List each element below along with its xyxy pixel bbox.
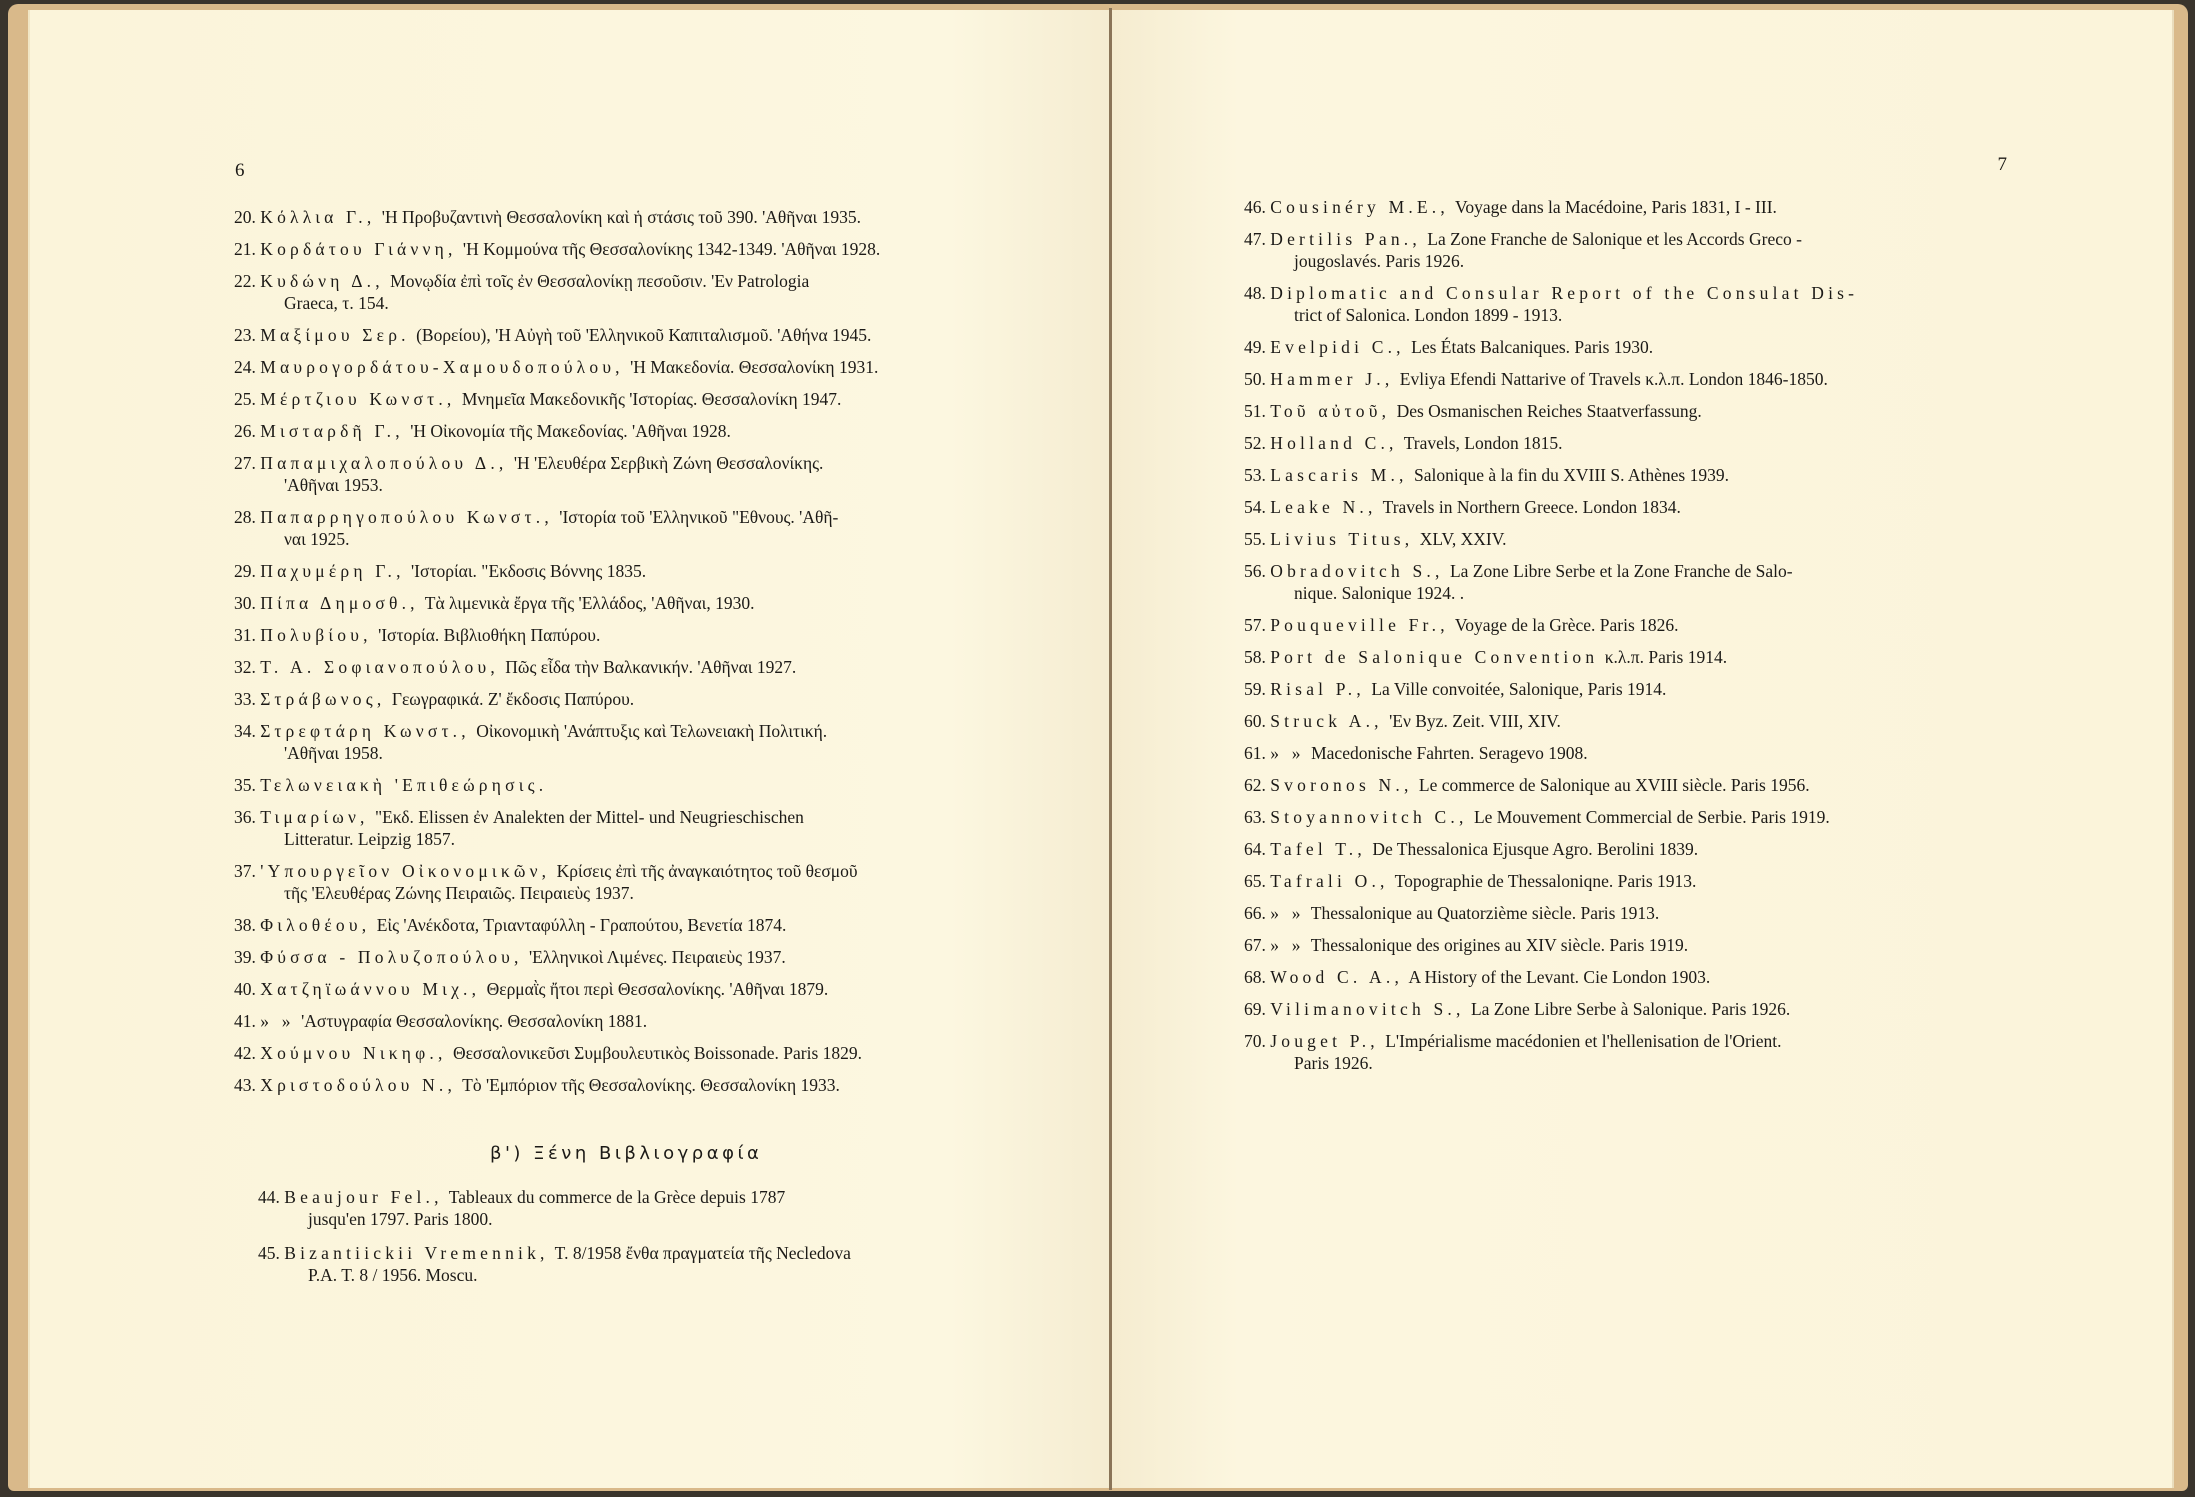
entry-title: Macedonische Fahrten. Seragevo 1908. [1311, 743, 1588, 763]
entry-author: Πίπα Δημοσθ., [260, 593, 418, 613]
page-number: 6 [235, 160, 245, 182]
entry-title: Travels, London 1815. [1404, 433, 1563, 453]
entry-author: Τ. Α. Σοφιανοπούλου, [260, 657, 499, 677]
entry-number: 34. [234, 721, 256, 741]
entry-author: Vilimanovitch S., [1270, 999, 1464, 1019]
entry-number: 21. [234, 239, 256, 259]
entry-continuation: jougoslavés. Paris 1926. [1244, 250, 1984, 272]
entry-author: Lascaris M., [1270, 465, 1407, 485]
entry-author: Μαυρογορδάτου-Χαμουδοπούλου, [260, 357, 624, 377]
entry-title: La Zone Franche de Salonique et les Acco… [1427, 229, 1802, 249]
entry-title: Οἰκονομικὴ 'Ανάπτυξις καὶ Τελωνειακὴ Πολ… [476, 721, 827, 741]
entry-title: 'Η Προβυζαντινὴ Θεσσαλονίκη καὶ ἡ στάσις… [382, 207, 861, 227]
bibliography-entry: 53. Lascaris M., Salonique à la fin du X… [1244, 464, 1984, 486]
entry-author: Port de Salonique Convention [1270, 647, 1598, 667]
bibliography-entry: 65. Tafrali O., Topographie de Thessalon… [1244, 870, 1984, 892]
bibliography-entry: 51. Τοῦ αὐτοῦ, Des Osmanischen Reiches S… [1244, 400, 1984, 422]
entry-number: 33. [234, 689, 256, 709]
bibliography-entry: 70. Jouget P., L'Impérialisme macédonien… [1244, 1030, 1984, 1074]
entry-author: Στράβωνος, [260, 689, 385, 709]
entry-title: Κρίσεις ἐπὶ τῆς ἀναγκαιότητος τοῦ θεσμοῦ [557, 861, 858, 881]
entry-number: 51. [1244, 401, 1266, 421]
foreign-bibliography-list: 44. Beaujour Fel., Tableaux du commerce … [258, 1186, 978, 1298]
entry-number: 24. [234, 357, 256, 377]
entry-title: Θερμαῒς ἤτοι περὶ Θεσσαλονίκης. 'Αθῆναι … [487, 979, 829, 999]
entry-title: Πῶς εἶδα τὴν Βαλκανικήν. 'Αθῆναι 1927. [505, 657, 796, 677]
bibliography-entry: 55. Livius Titus, XLV, XXIV. [1244, 528, 1984, 550]
entry-number: 43. [234, 1075, 256, 1095]
entry-number: 58. [1244, 647, 1266, 667]
entry-number: 28. [234, 507, 256, 527]
entry-number: 46. [1244, 197, 1266, 217]
bibliography-entry: 58. Port de Salonique Convention κ.λ.π. … [1244, 646, 1984, 668]
entry-number: 40. [234, 979, 256, 999]
entry-title: Travels in Northern Greece. London 1834. [1383, 497, 1681, 517]
bibliography-entry: 40. Χατζηϊωάννου Μιχ., Θερμαῒς ἤτοι περὶ… [234, 978, 974, 1000]
entry-continuation: Paris 1926. [1244, 1052, 1984, 1074]
entry-number: 41. [234, 1011, 256, 1031]
entry-author: Παπαμιχαλοπούλου Δ., [260, 453, 507, 473]
entry-author: Dertilis Pan., [1270, 229, 1421, 249]
entry-author: Χούμνου Νικηφ., [260, 1043, 446, 1063]
entry-title: 'Εν Byz. Zeit. VIII, XIV. [1389, 711, 1561, 731]
entry-title: "Εκδ. Elissen ἐν Analekten der Mittel- u… [375, 807, 804, 827]
entry-author: Wood C. A., [1270, 967, 1403, 987]
bibliography-entry: 31. Πολυβίου, 'Ιστορία. Βιβλιοθήκη Παπύρ… [234, 624, 974, 646]
bibliography-entry: 56. Obradovitch S., La Zone Libre Serbe … [1244, 560, 1984, 604]
entry-number: 38. [234, 915, 256, 935]
entry-author: Τιμαρίων, [260, 807, 368, 827]
bibliography-entry: 54. Leake N., Travels in Northern Greece… [1244, 496, 1984, 518]
bibliography-entry: 47. Dertilis Pan., La Zone Franche de Sa… [1244, 228, 1984, 272]
bibliography-entry: 42. Χούμνου Νικηφ., Θεσσαλονικεῦσι Συμβο… [234, 1042, 974, 1064]
right-page: 7 46. Cousinéry M.E., Voyage dans la Mac… [1112, 10, 2174, 1488]
entry-number: 63. [1244, 807, 1266, 827]
entry-author: Obradovitch S., [1270, 561, 1443, 581]
entry-title: Voyage dans la Macédoine, Paris 1831, I … [1455, 197, 1777, 217]
entry-title: 'Ιστορία τοῦ 'Ελληνικοῦ "Εθνους. 'Αθῆ- [559, 507, 838, 527]
entry-number: 70. [1244, 1031, 1266, 1051]
entry-title: La Zone Libre Serbe et la Zone Franche d… [1450, 561, 1793, 581]
entry-author: Evelpidi C., [1270, 337, 1405, 357]
entry-number: 57. [1244, 615, 1266, 635]
entry-number: 45. [258, 1243, 280, 1263]
entry-title: A History of the Levant. Cie London 1903… [1408, 967, 1710, 987]
entry-author: Pouqueville Fr., [1270, 615, 1449, 635]
entry-title: Evliya Efendi Nattarive of Travels κ.λ.π… [1400, 369, 1828, 389]
entry-continuation: 'Αθῆναι 1958. [234, 742, 974, 764]
bibliography-entry: 59. Risal P., La Ville convoitée, Saloni… [1244, 678, 1984, 700]
entry-number: 54. [1244, 497, 1266, 517]
bibliography-entry: 33. Στράβωνος, Γεωγραφικά. Ζ' ἔκδοσις Πα… [234, 688, 974, 710]
entry-author: Τελωνειακὴ 'Επιθεώρησις. [260, 775, 547, 795]
entry-number: 47. [1244, 229, 1266, 249]
entry-title: La Ville convoitée, Salonique, Paris 191… [1371, 679, 1666, 699]
entry-number: 48. [1244, 283, 1266, 303]
bibliography-entry: 67. » » Thessalonique des origines au XI… [1244, 934, 1984, 956]
entry-number: 25. [234, 389, 256, 409]
entry-title: Thessalonique au Quatorzième siècle. Par… [1311, 903, 1659, 923]
entry-title: Les États Balcaniques. Paris 1930. [1411, 337, 1653, 357]
left-page: 6 20. Κόλλια Γ., 'Η Προβυζαντινὴ Θεσσαλο… [28, 10, 1111, 1488]
bibliography-entry: 27. Παπαμιχαλοπούλου Δ., 'Η 'Ελευθέρα Σε… [234, 452, 974, 496]
entry-author: Κυδώνη Δ., [260, 271, 384, 291]
bibliography-entry: 48. Diplomatic and Consular Report of th… [1244, 282, 1984, 326]
bibliography-entry: 44. Beaujour Fel., Tableaux du commerce … [258, 1186, 978, 1230]
bibliography-entry: 50. Hammer J., Evliya Efendi Nattarive o… [1244, 368, 1984, 390]
page-number: 7 [1998, 154, 2008, 176]
bibliography-entry: 64. Tafel T., De Thessalonica Ejusque Ag… [1244, 838, 1984, 860]
entry-author: Κόλλια Γ., [260, 207, 375, 227]
entry-author: Φύσσα - Πολυζοπούλου, [260, 947, 522, 967]
entry-number: 31. [234, 625, 256, 645]
bibliography-entry: 22. Κυδώνη Δ., Μονῳδία ἐπὶ τοῖς ἐν Θεσσα… [234, 270, 974, 314]
entry-title: Τὸ 'Εμπόριον τῆς Θεσσαλονίκης. Θεσσαλονί… [462, 1075, 840, 1095]
entry-number: 69. [1244, 999, 1266, 1019]
foreign-bibliography-list-continued: 46. Cousinéry M.E., Voyage dans la Macéd… [1244, 196, 1984, 1084]
entry-title: 'Ελληνικοὶ Λιμένες. Πειραιεὺς 1937. [529, 947, 786, 967]
entry-number: 65. [1244, 871, 1266, 891]
entry-author: Μέρτζιου Κωνστ., [260, 389, 455, 409]
entry-number: 22. [234, 271, 256, 291]
entry-author: Παπαρρηγοπούλου Κωνστ., [260, 507, 553, 527]
bibliography-entry: 24. Μαυρογορδάτου-Χαμουδοπούλου, 'Η Μακε… [234, 356, 974, 378]
bibliography-entry: 20. Κόλλια Γ., 'Η Προβυζαντινὴ Θεσσαλονί… [234, 206, 974, 228]
entry-number: 60. [1244, 711, 1266, 731]
entry-continuation: nique. Salonique 1924. . [1244, 582, 1984, 604]
entry-number: 56. [1244, 561, 1266, 581]
entry-author: » » [1270, 903, 1304, 923]
entry-author: » » [1270, 935, 1304, 955]
entry-title: L'Impérialisme macédonien et l'hellenisa… [1385, 1031, 1781, 1051]
entry-continuation: P.A. T. 8 / 1956. Moscu. [258, 1264, 978, 1286]
bibliography-entry: 57. Pouqueville Fr., Voyage de la Grèce.… [1244, 614, 1984, 636]
entry-continuation: τῆς 'Ελευθέρας Ζώνης Πειραιῶς. Πειραιεὺς… [234, 882, 974, 904]
entry-number: 37. [234, 861, 256, 881]
entry-author: Tafel T., [1270, 839, 1366, 859]
entry-title: Tableaux du commerce de la Grèce depuis … [449, 1187, 785, 1207]
bibliography-entry: 43. Χριστοδούλου Ν., Τὸ 'Εμπόριον τῆς Θε… [234, 1074, 974, 1096]
entry-title: 'Ιστορία. Βιβλιοθήκη Παπύρου. [378, 625, 600, 645]
entry-number: 27. [234, 453, 256, 473]
entry-continuation: Graeca, τ. 154. [234, 292, 974, 314]
bibliography-entry: 29. Παχυμέρη Γ., 'Ιστορίαι. "Εκδοσις Βόν… [234, 560, 974, 582]
entry-continuation: 'Αθῆναι 1953. [234, 474, 974, 496]
entry-title: Thessalonique des origines au XIV siècle… [1311, 935, 1688, 955]
entry-author: Κορδάτου Γιάννη, [260, 239, 456, 259]
entry-number: 59. [1244, 679, 1266, 699]
entry-author: Πολυβίου, [260, 625, 371, 645]
entry-author: Hammer J., [1270, 369, 1393, 389]
entry-author: Stoyannovitch C., [1270, 807, 1467, 827]
entry-title: XLV, XXIV. [1420, 529, 1507, 549]
bibliography-entry: 36. Τιμαρίων, "Εκδ. Elissen ἐν Analekten… [234, 806, 974, 850]
entry-author: Στρεφτάρη Κωνστ., [260, 721, 470, 741]
entry-author: Struck A., [1270, 711, 1383, 731]
entry-title: Τὰ λιμενικὰ ἔργα τῆς 'Ελλάδος, 'Αθῆναι, … [425, 593, 755, 613]
entry-number: 36. [234, 807, 256, 827]
bibliography-entry: 45. Bizantiickii Vremennik, T. 8/1958 ἔν… [258, 1242, 978, 1286]
entry-author: Leake N., [1270, 497, 1376, 517]
entry-continuation: Litteratur. Leipzig 1857. [234, 828, 974, 850]
bibliography-entry: 69. Vilimanovitch S., La Zone Libre Serb… [1244, 998, 1984, 1020]
entry-continuation: trict of Salonica. London 1899 - 1913. [1244, 304, 1984, 326]
bibliography-entry: 30. Πίπα Δημοσθ., Τὰ λιμενικὰ ἔργα τῆς '… [234, 592, 974, 614]
bibliography-entry: 41. » » 'Αστυγραφία Θεσσαλονίκης. Θεσσαλ… [234, 1010, 974, 1032]
entry-number: 35. [234, 775, 256, 795]
entry-title: De Thessalonica Ejusque Agro. Berolini 1… [1372, 839, 1698, 859]
bibliography-entry: 32. Τ. Α. Σοφιανοπούλου, Πῶς εἶδα τὴν Βα… [234, 656, 974, 678]
bibliography-entry: 60. Struck A., 'Εν Byz. Zeit. VIII, XIV. [1244, 710, 1984, 732]
entry-title: Γεωγραφικά. Ζ' ἔκδοσις Παπύρου. [392, 689, 634, 709]
entry-author: Risal P., [1270, 679, 1365, 699]
bibliography-entry: 35. Τελωνειακὴ 'Επιθεώρησις. [234, 774, 974, 796]
entry-title: 'Αστυγραφία Θεσσαλονίκης. Θεσσαλονίκη 18… [301, 1011, 647, 1031]
entry-author: 'Υπουργεῖον Οἰκονομικῶν, [260, 861, 550, 881]
entry-number: 26. [234, 421, 256, 441]
bibliography-entry: 68. Wood C. A., A History of the Levant.… [1244, 966, 1984, 988]
bibliography-entry: 34. Στρεφτάρη Κωνστ., Οἰκονομικὴ 'Ανάπτυ… [234, 720, 974, 764]
entry-title: Topographie de Thessaloniqne. Paris 1913… [1395, 871, 1697, 891]
bibliography-entry: 39. Φύσσα - Πολυζοπούλου, 'Ελληνικοὶ Λιμ… [234, 946, 974, 968]
bibliography-entry: 26. Μισταρδῆ Γ., 'Η Οἰκονομία τῆς Μακεδο… [234, 420, 974, 442]
entry-author: Μισταρδῆ Γ., [260, 421, 404, 441]
entry-author: » » [1270, 743, 1304, 763]
entry-number: 44. [258, 1187, 280, 1207]
entry-title: Le commerce de Salonique au XVIII siècle… [1419, 775, 1810, 795]
bibliography-entry: 63. Stoyannovitch C., Le Mouvement Comme… [1244, 806, 1984, 828]
bibliography-entry: 38. Φιλοθέου, Εἰς 'Ανέκδοτα, Τριανταφύλλ… [234, 914, 974, 936]
entry-title: Voyage de la Grèce. Paris 1826. [1455, 615, 1679, 635]
bibliography-entry: 61. » » Macedonische Fahrten. Seragevo 1… [1244, 742, 1984, 764]
bibliography-entry: 62. Svoronos N., Le commerce de Saloniqu… [1244, 774, 1984, 796]
entry-title: 'Η Οἰκονομία τῆς Μακεδονίας. 'Αθῆναι 192… [410, 421, 731, 441]
entry-title: 'Ιστορίαι. "Εκδοσις Βόννης 1835. [411, 561, 646, 581]
entry-author: Tafrali O., [1270, 871, 1388, 891]
entry-author: Holland C., [1270, 433, 1397, 453]
entry-author: Χριστοδούλου Ν., [260, 1075, 456, 1095]
bibliography-entry: 49. Evelpidi C., Les États Balcaniques. … [1244, 336, 1984, 358]
entry-number: 30. [234, 593, 256, 613]
entry-continuation: ναι 1925. [234, 528, 974, 550]
entry-author: Livius Titus, [1270, 529, 1413, 549]
entry-title: Des Osmanischen Reiches Staatverfassung. [1397, 401, 1702, 421]
entry-title: T. 8/1958 ἔνθα πραγματεία τῆς Necledova [555, 1243, 851, 1263]
entry-author: Τοῦ αὐτοῦ, [1270, 401, 1390, 421]
entry-number: 67. [1244, 935, 1266, 955]
entry-number: 29. [234, 561, 256, 581]
greek-bibliography-list: 20. Κόλλια Γ., 'Η Προβυζαντινὴ Θεσσαλονί… [234, 206, 974, 1106]
bibliography-entry: 25. Μέρτζιου Κωνστ., Μνημεῖα Μακεδονικῆς… [234, 388, 974, 410]
entry-author: Bizantiickii Vremennik, [284, 1243, 548, 1263]
entry-author: Παχυμέρη Γ., [260, 561, 404, 581]
entry-author: Μαξίμου Σερ. [260, 325, 409, 345]
entry-number: 50. [1244, 369, 1266, 389]
entry-number: 62. [1244, 775, 1266, 795]
section-heading: β') Ξένη Βιβλιογραφία [490, 1143, 762, 1164]
entry-title: 'Η 'Ελευθέρα Σερβικὴ Ζώνη Θεσσαλονίκης. [514, 453, 824, 473]
entry-number: 55. [1244, 529, 1266, 549]
entry-number: 52. [1244, 433, 1266, 453]
entry-author: Jouget P., [1270, 1031, 1379, 1051]
bibliography-entry: 46. Cousinéry M.E., Voyage dans la Macéd… [1244, 196, 1984, 218]
entry-title: (Βορείου), 'Η Αὐγὴ τοῦ 'Ελληνικοῦ Καπιτα… [416, 325, 871, 345]
entry-title: Salonique à la fin du XVIII S. Athènes 1… [1414, 465, 1729, 485]
entry-title: 'Η Μακεδονία. Θεσσαλονίκη 1931. [630, 357, 878, 377]
bibliography-entry: 66. » » Thessalonique au Quatorzième siè… [1244, 902, 1984, 924]
entry-number: 68. [1244, 967, 1266, 987]
entry-title: Θεσσαλονικεῦσι Συμβουλευτικὸς Boissonade… [453, 1043, 862, 1063]
bibliography-entry: 37. 'Υπουργεῖον Οἰκονομικῶν, Κρίσεις ἐπὶ… [234, 860, 974, 904]
entry-title: Μνημεῖα Μακεδονικῆς 'Ιστορίας. Θεσσαλονί… [462, 389, 841, 409]
entry-author: » » [260, 1011, 294, 1031]
entry-title: Le Mouvement Commercial de Serbie. Paris… [1474, 807, 1830, 827]
entry-author: Χατζηϊωάννου Μιχ., [260, 979, 480, 999]
bibliography-entry: 21. Κορδάτου Γιάννη, 'Η Κομμούνα τῆς Θεσ… [234, 238, 974, 260]
entry-author: Beaujour Fel., [284, 1187, 442, 1207]
entry-number: 42. [234, 1043, 256, 1063]
entry-number: 64. [1244, 839, 1266, 859]
entry-number: 53. [1244, 465, 1266, 485]
bibliography-entry: 52. Holland C., Travels, London 1815. [1244, 432, 1984, 454]
entry-author: Diplomatic and Consular Report of the Co… [1270, 283, 1858, 303]
entry-number: 66. [1244, 903, 1266, 923]
entry-number: 23. [234, 325, 256, 345]
entry-number: 39. [234, 947, 256, 967]
entry-title: La Zone Libre Serbe à Salonique. Paris 1… [1471, 999, 1790, 1019]
entry-author: Svoronos N., [1270, 775, 1412, 795]
entry-title: Μονῳδία ἐπὶ τοῖς ἐν Θεσσαλονίκῃ πεσοῦσιν… [390, 271, 809, 291]
entry-number: 61. [1244, 743, 1266, 763]
entry-title: κ.λ.π. Paris 1914. [1605, 647, 1727, 667]
entry-number: 49. [1244, 337, 1266, 357]
entry-continuation: jusqu'en 1797. Paris 1800. [258, 1208, 978, 1230]
bibliography-entry: 28. Παπαρρηγοπούλου Κωνστ., 'Ιστορία τοῦ… [234, 506, 974, 550]
entry-title: 'Η Κομμούνα τῆς Θεσσαλονίκης 1342-1349. … [463, 239, 880, 259]
entry-number: 20. [234, 207, 256, 227]
entry-author: Cousinéry M.E., [1270, 197, 1449, 217]
book-spread: 6 20. Κόλλια Γ., 'Η Προβυζαντινὴ Θεσσαλο… [8, 4, 2188, 1491]
entry-title: Εἰς 'Ανέκδοτα, Τριανταφύλλη - Γραπούτου,… [377, 915, 787, 935]
bibliography-entry: 23. Μαξίμου Σερ. (Βορείου), 'Η Αὐγὴ τοῦ … [234, 324, 974, 346]
entry-author: Φιλοθέου, [260, 915, 370, 935]
entry-number: 32. [234, 657, 256, 677]
